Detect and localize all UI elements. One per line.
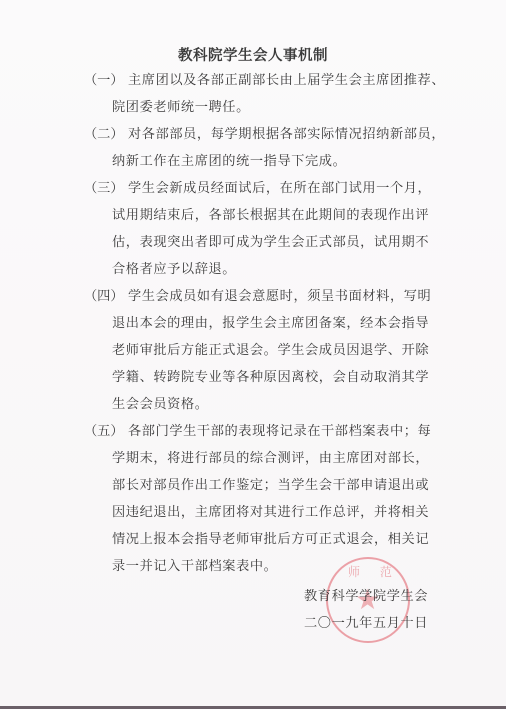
clause-line: 对各部部员，每学期根据各部实际情况招纳新部员，: [84, 121, 440, 148]
clause-line: 录一并记入干部档案表中。: [84, 553, 440, 580]
clause-line: 学期末，将进行部员的综合测评，由主席团对部长，: [84, 445, 440, 472]
signature-organization: 教育科学学院学生会: [304, 585, 428, 604]
clause-line: 学籍、转跨院专业等各种原因离校，会自动取消其学: [84, 364, 440, 391]
clause-line: 生会会员资格。: [84, 391, 440, 418]
clause-4: （四） 学生会成员如有退会意愿时，须呈书面材料，写明 退出本会的理由，报学生会主…: [84, 283, 440, 418]
document-title: 教科院学生会人事机制: [0, 44, 506, 65]
clause-2: （二） 对各部部员，每学期根据各部实际情况招纳新部员， 纳新工作在主席团的统一指…: [84, 121, 440, 175]
clause-line: 因违纪退出，主席团将对其进行工作总评，并将相关: [84, 499, 440, 526]
clause-number: （二）: [84, 121, 122, 148]
clause-number: （三）: [84, 175, 122, 202]
clause-line: 退出本会的理由，报学生会主席团备案，经本会指导: [84, 310, 440, 337]
clause-number: （一）: [84, 67, 122, 94]
clause-line: 老师审批后方能正式退会。学生会成员因退学、开除: [84, 337, 440, 364]
signature-date: 二〇一九年五月十日: [304, 612, 428, 631]
clause-line: 院团委老师统一聘任。: [84, 94, 440, 121]
clause-1: （一） 主席团以及各部正副部长由上届学生会主席团推荐、 院团委老师统一聘任。: [84, 67, 440, 121]
clause-line: 试用期结束后，各部长根据其在此期间的表现作出评: [84, 202, 440, 229]
clause-3: （三） 学生会新成员经面试后，在所在部门试用一个月， 试用期结束后，各部长根据其…: [84, 175, 440, 283]
clause-number: （四）: [84, 283, 122, 310]
clause-line: 各部门学生干部的表现将记录在干部档案表中；每: [84, 418, 440, 445]
clause-line: 纳新工作在主席团的统一指导下完成。: [84, 148, 440, 175]
document-page: 教科院学生会人事机制 （一） 主席团以及各部正副部长由上届学生会主席团推荐、 院…: [0, 0, 506, 706]
clause-line: 估，表现突出者即可成为学生会正式部员，试用期不: [84, 229, 440, 256]
clause-line: 学生会新成员经面试后，在所在部门试用一个月，: [84, 175, 440, 202]
clause-line: 合格者应予以辞退。: [84, 256, 440, 283]
clause-line: 学生会成员如有退会意愿时，须呈书面材料，写明: [84, 283, 440, 310]
clause-line: 情况上报本会指导老师审批后方可正式退会，相关记: [84, 526, 440, 553]
clause-5: （五） 各部门学生干部的表现将记录在干部档案表中；每 学期末，将进行部员的综合测…: [84, 418, 440, 580]
clause-line: 部长对部员作出工作鉴定；当学生会干部申请退出或: [84, 472, 440, 499]
clause-line: 主席团以及各部正副部长由上届学生会主席团推荐、: [84, 67, 440, 94]
clause-number: （五）: [84, 418, 122, 445]
